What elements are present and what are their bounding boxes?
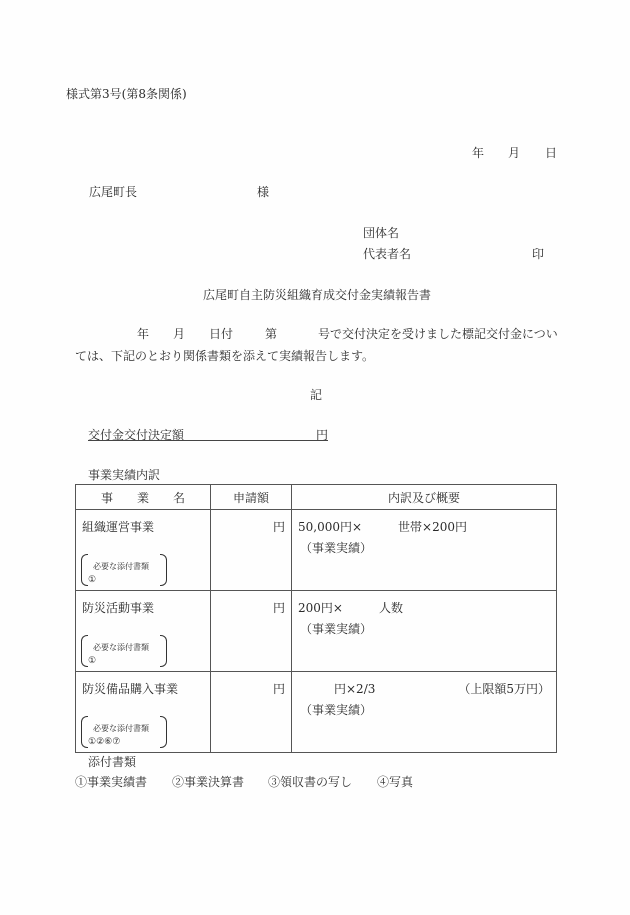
table-row: 防災備品購入事業 必要な添付書類 ①②⑥⑦ 円 円×2/3 （上限額5万円） （…: [76, 672, 557, 753]
detail-results: （事業実績）: [300, 701, 372, 718]
representative-label: 代表者名: [363, 248, 411, 260]
project-name: 防災備品購入事業: [82, 680, 178, 697]
attached-doc-item: ③領収書の写し: [268, 776, 352, 788]
document-title: 広尾町自主防災組織育成交付金実績報告書: [203, 289, 431, 301]
attached-docs-title: 添付書類: [88, 756, 136, 768]
body-year: 年: [137, 328, 149, 340]
amount-cell: 円: [211, 672, 292, 753]
bracket-right-icon: [160, 716, 167, 748]
project-name-cell: 防災活動事業 必要な添付書類 ①: [76, 591, 211, 672]
bracket-left-icon: [81, 635, 88, 667]
header-project-name: 事 業 名: [76, 485, 211, 510]
detail-cell: 200円× 人数 （事業実績）: [292, 591, 557, 672]
attached-doc-item: ④写真: [377, 776, 413, 788]
amount-cell: 円: [211, 510, 292, 591]
project-name: 組織運営事業: [82, 518, 154, 535]
project-name-cell: 組織運営事業 必要な添付書類 ①: [76, 510, 211, 591]
ki-heading: 記: [310, 389, 322, 401]
detail-cell: 円×2/3 （上限額5万円） （事業実績）: [292, 672, 557, 753]
date-month: 月: [508, 147, 520, 159]
attachments-list: ①: [88, 656, 96, 666]
detail-results: （事業実績）: [300, 620, 372, 637]
detail-results: （事業実績）: [300, 539, 372, 556]
detail-cell: 50,000円× 世帯×200円 （事業実績）: [292, 510, 557, 591]
body-line2: ては、下記のとおり関係書類を添えて実績報告します。: [75, 350, 374, 362]
attachments-title: 必要な添付書類: [93, 561, 149, 572]
attachments-bracket: 必要な添付書類 ①②⑥⑦: [81, 716, 167, 748]
addressee-honorific: 様: [257, 186, 269, 198]
bracket-right-icon: [160, 635, 167, 667]
attachments-bracket: 必要な添付書類 ①: [81, 635, 167, 667]
attached-doc-item: ①事業実績書: [75, 776, 147, 788]
seal-mark: 印: [532, 248, 544, 260]
attachments-title: 必要な添付書類: [93, 642, 149, 653]
decision-amount-underline: [88, 440, 328, 441]
date-day: 日: [545, 147, 557, 159]
bracket-right-icon: [160, 554, 167, 586]
detail-formula: 200円× 人数: [298, 599, 403, 616]
amount-cell: 円: [211, 591, 292, 672]
group-name-label: 団体名: [363, 227, 399, 239]
header-detail: 内訳及び概要: [292, 485, 557, 510]
attachments-title: 必要な添付書類: [93, 723, 149, 734]
table-header-row: 事 業 名 申請額 内訳及び概要: [76, 485, 557, 510]
body-no: 第: [265, 328, 277, 340]
table-row: 防災活動事業 必要な添付書類 ① 円 200円× 人数 （事業実績）: [76, 591, 557, 672]
attached-doc-item: ②事業決算書: [172, 776, 244, 788]
amount-unit: 円: [273, 599, 285, 616]
bracket-left-icon: [81, 554, 88, 586]
bracket-left-icon: [81, 716, 88, 748]
detail-limit: （上限額5万円）: [458, 680, 550, 697]
body-month: 月: [173, 328, 185, 340]
header-amount: 申請額: [211, 485, 292, 510]
attachments-list: ①: [88, 575, 96, 585]
form-number: 様式第3号(第8条関係): [66, 88, 187, 100]
body-line1-rest: 号で交付決定を受けました標記交付金につい: [318, 328, 558, 340]
detail-formula: 50,000円× 世帯×200円: [298, 518, 467, 535]
body-day: 日付: [209, 328, 233, 340]
project-name: 防災活動事業: [82, 599, 154, 616]
project-name-cell: 防災備品購入事業 必要な添付書類 ①②⑥⑦: [76, 672, 211, 753]
breakdown-table: 事 業 名 申請額 内訳及び概要 組織運営事業 必要な添付書類 ① 円 50,0…: [75, 484, 557, 753]
table-row: 組織運営事業 必要な添付書類 ① 円 50,000円× 世帯×200円 （事業実…: [76, 510, 557, 591]
attachments-list: ①②⑥⑦: [88, 737, 120, 747]
amount-unit: 円: [273, 518, 285, 535]
attachments-bracket: 必要な添付書類 ①: [81, 554, 167, 586]
detail-formula: 円×2/3: [298, 680, 375, 697]
date-year: 年: [472, 147, 484, 159]
breakdown-caption: 事業実績内訳: [88, 469, 160, 481]
addressee-name: 広尾町長: [89, 186, 137, 198]
amount-unit: 円: [273, 680, 285, 697]
